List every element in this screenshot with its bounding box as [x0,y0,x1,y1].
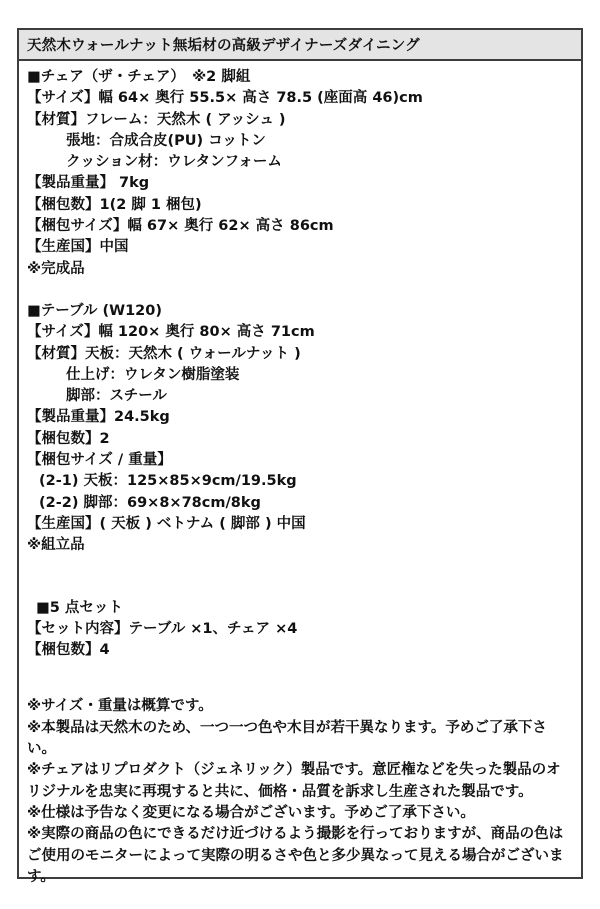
page-title: 天然木ウォールナット無垢材の高級デザイナーズダイニング [27,34,420,55]
note-spec-change: ※仕様は予告なく変更になる場合がございます。予めご了承下さい。 [27,803,569,824]
set-section-heading: ■5 点セット [27,598,569,619]
chair-package-count-line: 【梱包数】1(2 脚 1 梱包) [27,195,569,216]
note-reproduct: ※チェアはリプロダクト（ジェネリック）製品です。意匠権などを失った製品のオリジナ… [27,760,569,803]
table-package-count-line: 【梱包数】2 [27,429,569,450]
table-origin-line: 【生産国】( 天板 ) ベトナム ( 脚部 ) 中国 [27,514,569,535]
chair-upholstery-line: 張地：合成合皮(PU) コットン [27,131,569,152]
table-section: ■テーブル (W120) 【サイズ】幅 120× 奥行 80× 高さ 71cm … [27,301,569,557]
spec-header-bar: 天然木ウォールナット無垢材の高級デザイナーズダイニング [19,30,581,61]
set-section: ■5 点セット 【セット内容】テーブル ×1、チェア ×4 【梱包数】4 [27,598,569,662]
table-package-top-line: (2-1) 天板：125×85×9cm/19.5kg [27,471,569,492]
table-package-legs-line: (2-2) 脚部：69×8×78cm/8kg [27,493,569,514]
chair-package-size-line: 【梱包サイズ】幅 67× 奥行 62× 高さ 86cm [27,216,569,237]
chair-section-heading: ■チェア（ザ・チェア） ※2 脚組 [27,67,569,88]
table-section-heading: ■テーブル (W120) [27,301,569,322]
set-contents-line: 【セット内容】テーブル ×1、チェア ×4 [27,619,569,640]
product-spec-page: 天然木ウォールナット無垢材の高級デザイナーズダイニング ■チェア（ザ・チェア） … [0,0,600,909]
table-assembly-note-line: ※組立品 [27,535,569,556]
note-natural-wood: ※本製品は天然木のため、一つ一つ色や木目が若干異なります。予めご了承下さい。 [27,718,569,761]
table-weight-line: 【製品重量】24.5kg [27,407,569,428]
spec-box: 天然木ウォールナット無垢材の高級デザイナーズダイニング ■チェア（ザ・チェア） … [17,28,583,879]
table-material-line: 【材質】天板：天然木 ( ウォールナット ) [27,344,569,365]
chair-origin-line: 【生産国】中国 [27,237,569,258]
set-package-count-line: 【梱包数】4 [27,640,569,661]
note-monitor-color: ※実際の商品の色にできるだけ近づけるよう撮影を行っておりますが、商品の色はご使用… [27,824,569,888]
chair-cushion-line: クッション材：ウレタンフォーム [27,152,569,173]
table-size-line: 【サイズ】幅 120× 奥行 80× 高さ 71cm [27,322,569,343]
notes-section: ※サイズ・重量は概算です。 ※本製品は天然木のため、一つ一つ色や木目が若干異なり… [27,696,569,888]
table-finish-line: 仕上げ：ウレタン樹脂塗装 [27,365,569,386]
chair-size-line: 【サイズ】幅 64× 奥行 55.5× 高さ 78.5 (座面高 46)cm [27,88,569,109]
chair-section: ■チェア（ザ・チェア） ※2 脚組 【サイズ】幅 64× 奥行 55.5× 高さ… [27,67,569,280]
spec-body: ■チェア（ザ・チェア） ※2 脚組 【サイズ】幅 64× 奥行 55.5× 高さ… [19,61,581,888]
table-legs-line: 脚部：スチール [27,386,569,407]
chair-assembled-note-line: ※完成品 [27,259,569,280]
chair-weight-line: 【製品重量】 7kg [27,173,569,194]
note-size-approx: ※サイズ・重量は概算です。 [27,696,569,717]
table-package-size-heading-line: 【梱包サイズ / 重量】 [27,450,569,471]
chair-material-line: 【材質】フレーム：天然木 ( アッシュ ) [27,110,569,131]
